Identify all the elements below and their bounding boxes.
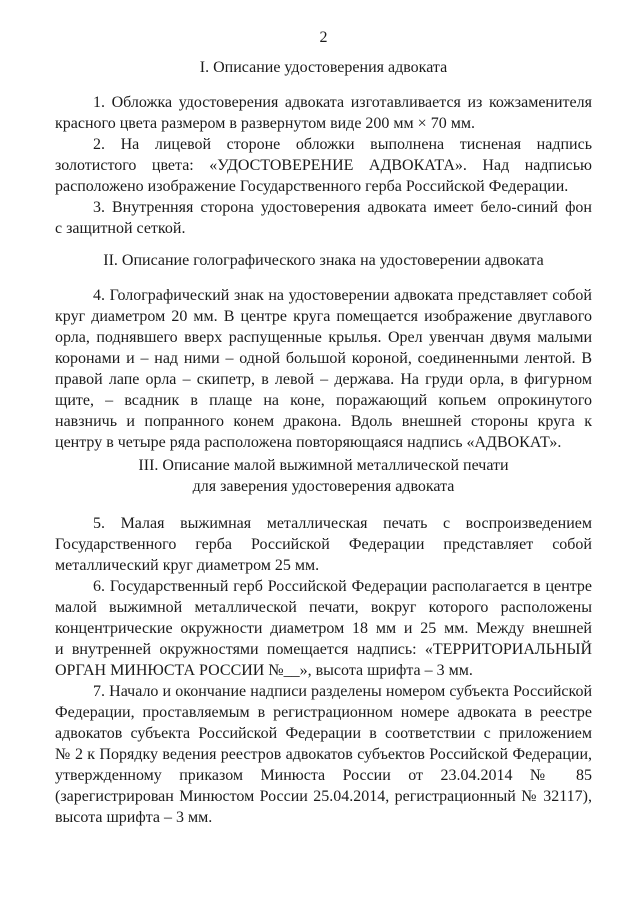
paragraph-3: 3. Внутренняя сторона удостоверения адво… xyxy=(55,197,592,239)
section-certificate-description: I. Описание удостоверения адвоката 1. Об… xyxy=(55,57,592,239)
paragraph-4: 4. Голографический знак на удостоверении… xyxy=(55,285,592,453)
section-metal-seal: III. Описание малой выжимной металлическ… xyxy=(55,455,592,828)
paragraph-7: 7. Начало и окончание надписи разделены … xyxy=(55,681,592,828)
section-2-heading: II. Описание голографического знака на у… xyxy=(55,250,592,271)
paragraph-6: 6. Государственный герб Российской Федер… xyxy=(55,576,592,681)
document-page: 2 I. Описание удостоверения адвоката 1. … xyxy=(0,0,640,905)
paragraph-5: 5. Малая выжимная металлическая печать с… xyxy=(55,513,592,576)
paragraph-2: 2. На лицевой стороне обложки выполнена … xyxy=(55,134,592,197)
page-number: 2 xyxy=(55,27,592,48)
section-1-heading: I. Описание удостоверения адвоката xyxy=(55,57,592,78)
paragraph-1: 1. Обложка удостоверения адвоката изгота… xyxy=(55,92,592,134)
section-3-heading: III. Описание малой выжимной металлическ… xyxy=(55,455,592,497)
section-holographic-sign: II. Описание голографического знака на у… xyxy=(55,250,592,453)
